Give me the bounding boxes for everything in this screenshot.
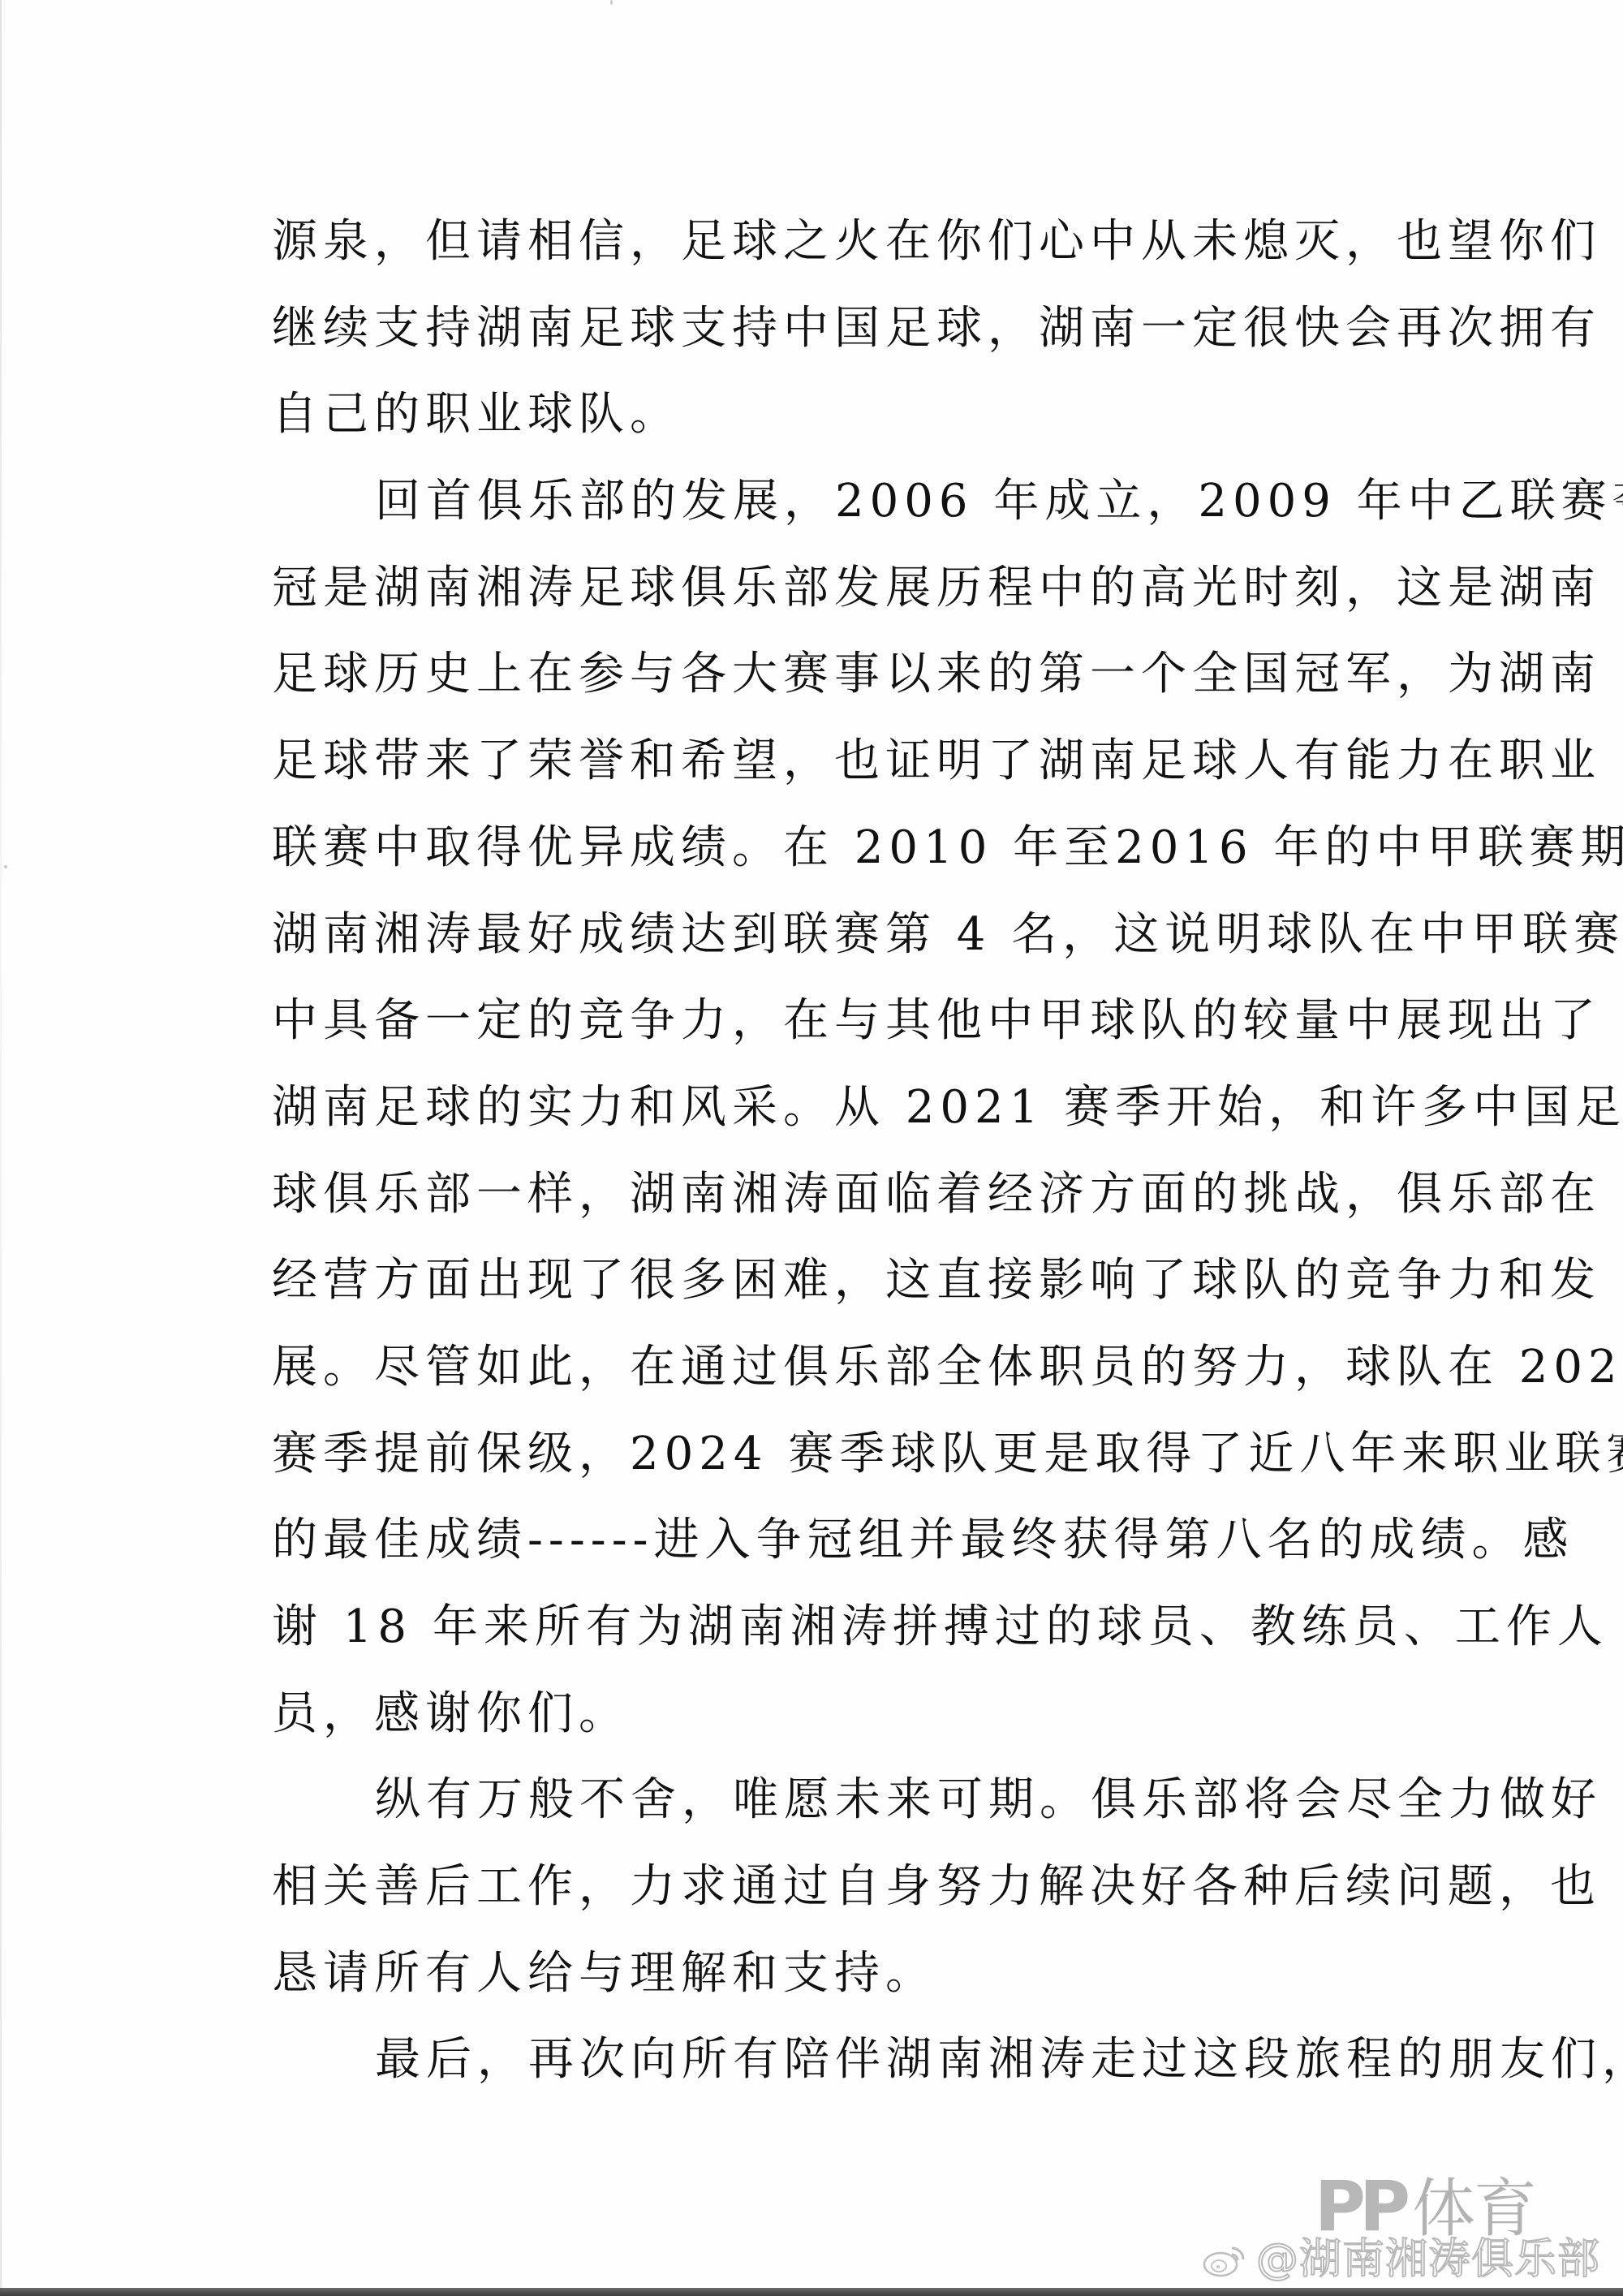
text-line: 联赛中取得优异成绩。在 2010 年至2016 年的中甲联赛期间， <box>272 821 1396 907</box>
paragraph-1: 源泉，但请相信，足球之火在你们心中从未熄灭，也望你们 继续支持湖南足球支持中国足… <box>272 214 1408 474</box>
text-line: 足球历史上在参与各大赛事以来的第一个全国冠军，为湖南 <box>272 647 1396 734</box>
text-line: 恳请所有人给与理解和支持。 <box>272 1946 1396 2033</box>
text-line: 的最佳成绩------进入争冠组并最终获得第八名的成绩。感 <box>272 1513 1396 1600</box>
text-line: 源泉，但请相信，足球之火在你们心中从未熄灭，也望你们 <box>272 214 1396 301</box>
text-line: 球俱乐部一样，湖南湘涛面临着经济方面的挑战，俱乐部在 <box>272 1167 1396 1254</box>
text-line: 冠是湖南湘涛足球俱乐部发展历程中的高光时刻，这是湖南 <box>272 561 1396 648</box>
paragraph-3: 纵有万般不舍，唯愿未来可期。俱乐部将会尽全力做好 相关善后工作，力求通过自身努力… <box>272 1773 1408 2032</box>
text-line: 谢 18 年来所有为湖南湘涛拼搏过的球员、教练员、工作人 <box>272 1600 1396 1686</box>
scan-speck <box>4 865 7 868</box>
weibo-handle-text: @湖南湘涛俱乐部 <box>1256 2237 1600 2282</box>
text-line: 湖南湘涛最好成绩达到联赛第 4 名，这说明球队在中甲联赛 <box>272 907 1396 994</box>
text-line: 经营方面出现了很多困难，这直接影响了球队的竞争力和发 <box>272 1253 1396 1340</box>
text-line: 相关善后工作，力求通过自身努力解决好各种后续问题，也 <box>272 1859 1396 1946</box>
text-line: 最后，再次向所有陪伴湖南湘涛走过这段旅程的朋友们， <box>272 2032 1396 2119</box>
text-line: 足球带来了荣誉和希望，也证明了湖南足球人有能力在职业 <box>272 734 1396 821</box>
text-line: 纵有万般不舍，唯愿未来可期。俱乐部将会尽全力做好 <box>272 1773 1396 1859</box>
text-line: 员，感谢你们。 <box>272 1686 1396 1773</box>
text-line: 展。尽管如此，在通过俱乐部全体职员的努力，球队在 2023 <box>272 1340 1396 1427</box>
text-line: 中具备一定的竞争力，在与其他中甲球队的较量中展现出了 <box>272 993 1396 1080</box>
text-line: 湖南足球的实力和风采。从 2021 赛季开始，和许多中国足 <box>272 1080 1396 1167</box>
letter-body: 源泉，但请相信，足球之火在你们心中从未熄灭，也望你们 继续支持湖南足球支持中国足… <box>272 214 1408 2119</box>
pp-sports-logo: PP体育 <box>1315 2175 1535 2241</box>
weibo-icon <box>1201 2240 1250 2279</box>
watermark: PP体育 @湖南湘涛俱乐部 <box>1227 2167 1600 2289</box>
scan-bottom-edge <box>0 2288 1623 2296</box>
text-line: 自己的职业球队。 <box>272 387 1396 474</box>
text-line: 继续支持湖南足球支持中国足球，湖南一定很快会再次拥有 <box>272 301 1396 388</box>
scanned-page: 源泉，但请相信，足球之火在你们心中从未熄灭，也望你们 继续支持湖南足球支持中国足… <box>0 0 1623 2296</box>
scan-speck <box>610 0 613 5</box>
paragraph-2: 回首俱乐部的发展，2006 年成立，2009 年中乙联赛夺 冠是湖南湘涛足球俱乐… <box>272 474 1408 1773</box>
text-line: 回首俱乐部的发展，2006 年成立，2009 年中乙联赛夺 <box>272 474 1396 561</box>
weibo-handle: @湖南湘涛俱乐部 <box>1201 2237 1600 2282</box>
paragraph-4: 最后，再次向所有陪伴湖南湘涛走过这段旅程的朋友们， <box>272 2032 1408 2119</box>
scan-edge-shadow <box>0 0 2 2288</box>
text-line: 赛季提前保级，2024 赛季球队更是取得了近八年来职业联赛 <box>272 1427 1396 1514</box>
